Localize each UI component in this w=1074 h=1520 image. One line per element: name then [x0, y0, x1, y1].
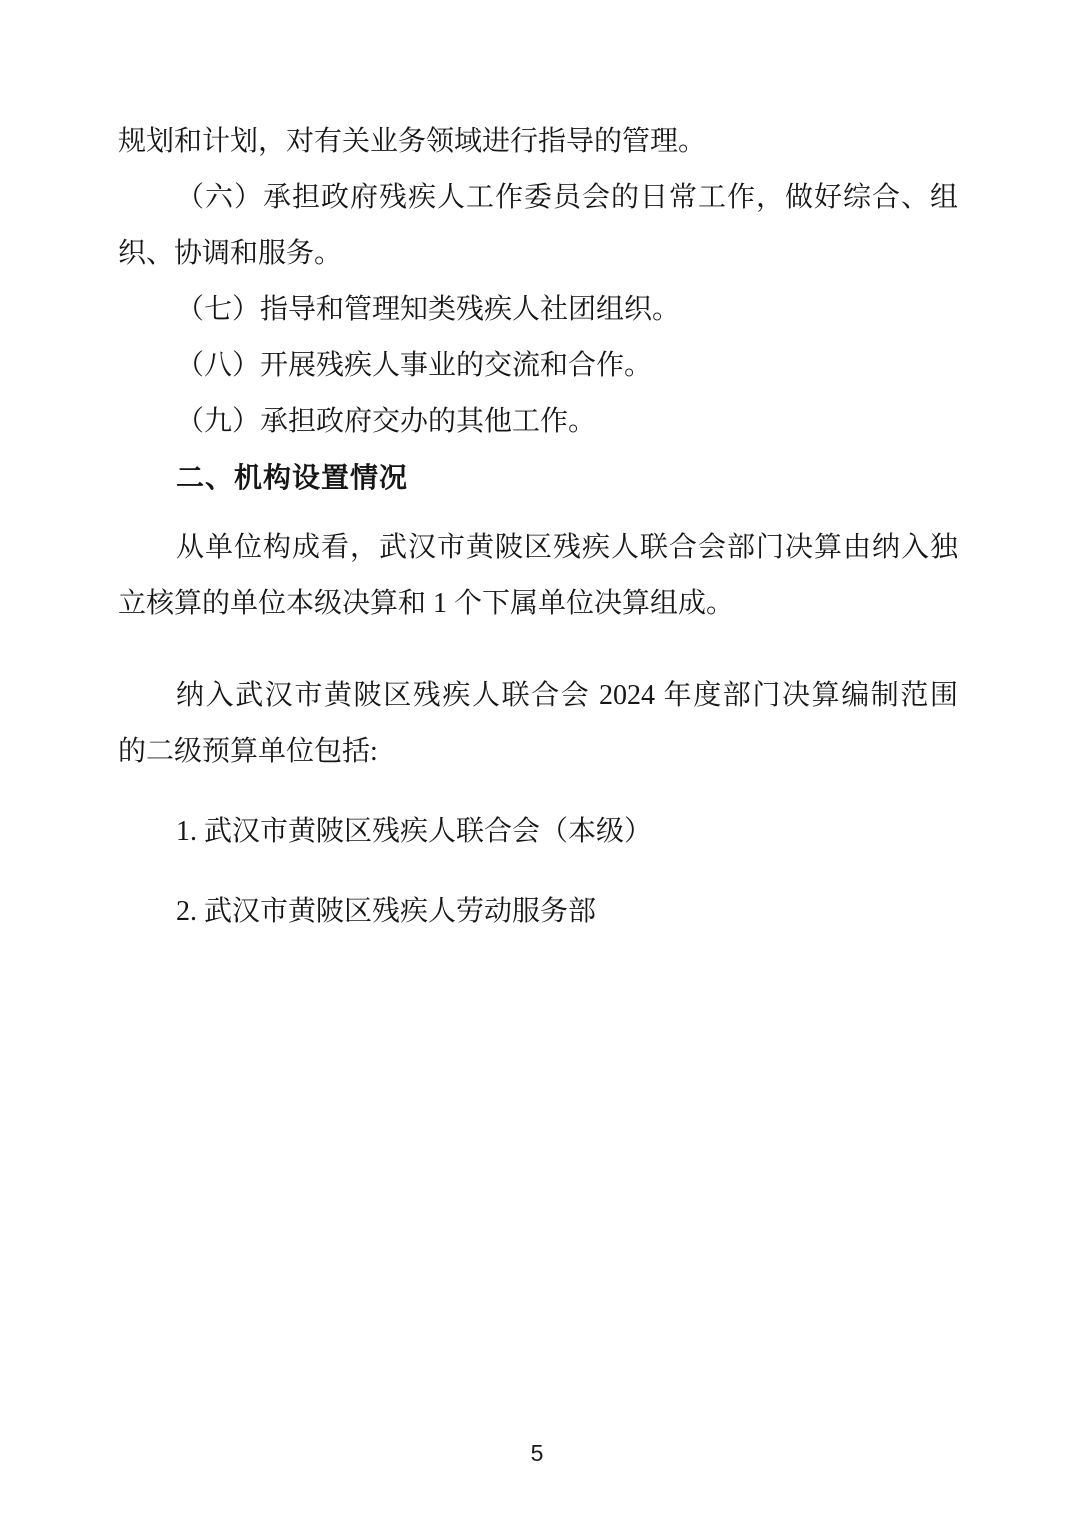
- paragraph-continuation-line: 规划和计划，对有关业务领域进行指导的管理。: [118, 114, 958, 170]
- unit-list-item-2: 2. 武汉市黄陂区残疾人劳动服务部: [118, 884, 958, 940]
- org-composition-line-2: 立核算的单位本级决算和 1 个下属单位决算组成。: [118, 576, 958, 632]
- duty-item-9: （九）承担政府交办的其他工作。: [118, 394, 958, 450]
- budget-scope-line-2: 的二级预算单位包括:: [118, 724, 958, 780]
- duty-item-6-line-2: 织、协调和服务。: [118, 226, 958, 282]
- duty-item-8: （八）开展残疾人事业的交流和合作。: [118, 338, 958, 394]
- budget-scope-line-1: 纳入武汉市黄陂区残疾人联合会 2024 年度部门决算编制范围: [118, 668, 958, 724]
- document-page: 规划和计划，对有关业务领域进行指导的管理。 （六）承担政府残疾人工作委员会的日常…: [0, 0, 1074, 1520]
- duty-item-7: （七）指导和管理知类残疾人社团组织。: [118, 282, 958, 338]
- duty-item-6-line-1: （六）承担政府残疾人工作委员会的日常工作，做好综合、组: [118, 170, 958, 226]
- page-number: 5: [0, 1438, 1074, 1468]
- unit-list-item-1: 1. 武汉市黄陂区残疾人联合会（本级）: [118, 804, 958, 860]
- section-heading-organization: 二、机构设置情况: [118, 450, 958, 506]
- document-text-block: 规划和计划，对有关业务领域进行指导的管理。 （六）承担政府残疾人工作委员会的日常…: [118, 114, 958, 940]
- org-composition-line-1: 从单位构成看，武汉市黄陂区残疾人联合会部门决算由纳入独: [118, 520, 958, 576]
